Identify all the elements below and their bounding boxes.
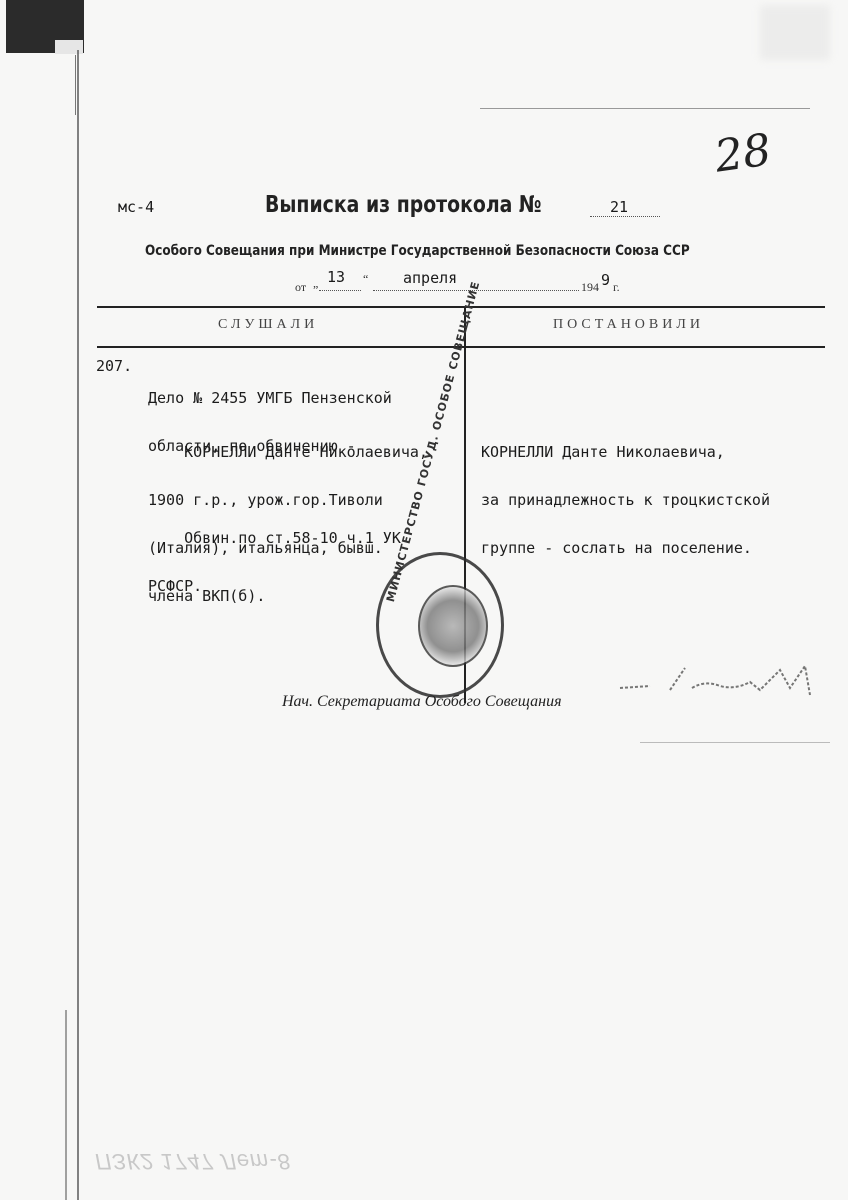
handwritten-page-number: 28 (712, 124, 775, 182)
date-day-line (319, 290, 361, 291)
column-header-heard: СЛУШАЛИ (218, 317, 318, 333)
decision-text: КОРНЕЛЛИ Данте Николаевича, за принадлеж… (481, 412, 770, 572)
date-prefix: от (295, 280, 306, 295)
archive-pencil-note: ПЗК2 1747 Лет-8 (95, 1148, 291, 1174)
scan-smudge (760, 5, 830, 60)
charge-line: Обвин.по ст.58-10 ч.1 УК (148, 530, 401, 546)
seal-emblem-icon (418, 585, 488, 667)
signature-icon (610, 660, 820, 700)
decision-line: КОРНЕЛЛИ Данте Николаевича, (481, 444, 770, 460)
decision-line: группе - сослать на поселение. (481, 540, 770, 556)
date-day: 13 (327, 268, 345, 286)
date-open-quote: „ (313, 276, 318, 291)
table-top-rule (97, 306, 825, 308)
column-header-resolved: ПОСТАНОВИЛИ (553, 317, 704, 333)
case-line: Дело № 2455 УМГБ Пензенской (148, 390, 392, 406)
signature-label: Нач. Секретариата Особого Совещания (282, 693, 562, 711)
binding-edge-line (65, 1010, 67, 1200)
date-close-quote: “ (363, 272, 368, 287)
date-month: апреля (403, 269, 457, 287)
decision-line: за принадлежность к троцкистской (481, 492, 770, 508)
document-title: Выписка из протокола № (265, 192, 542, 218)
charge-line: РСФСР. (148, 578, 401, 594)
date-year-suffix: г. (613, 280, 620, 295)
date-row: от „ 13 “ апреля 194 9 г. (295, 268, 635, 292)
binding-edge-line (77, 50, 79, 1200)
person-line: КОРНЕЛЛИ Данте Николаевича, (148, 444, 428, 460)
charge-description: Обвин.по ст.58-10 ч.1 УК РСФСР. (148, 498, 401, 610)
protocol-number: 21 (610, 198, 628, 216)
faint-rule (480, 108, 810, 109)
date-year-prefix: 194 (581, 280, 599, 295)
form-code: мс-4 (118, 198, 154, 216)
entry-number: 207. (96, 358, 132, 374)
binding-edge-line (75, 55, 76, 115)
date-year-digit: 9 (601, 271, 610, 289)
faint-rule (640, 742, 830, 743)
document-subtitle: Особого Совещания при Министре Государст… (145, 243, 690, 259)
